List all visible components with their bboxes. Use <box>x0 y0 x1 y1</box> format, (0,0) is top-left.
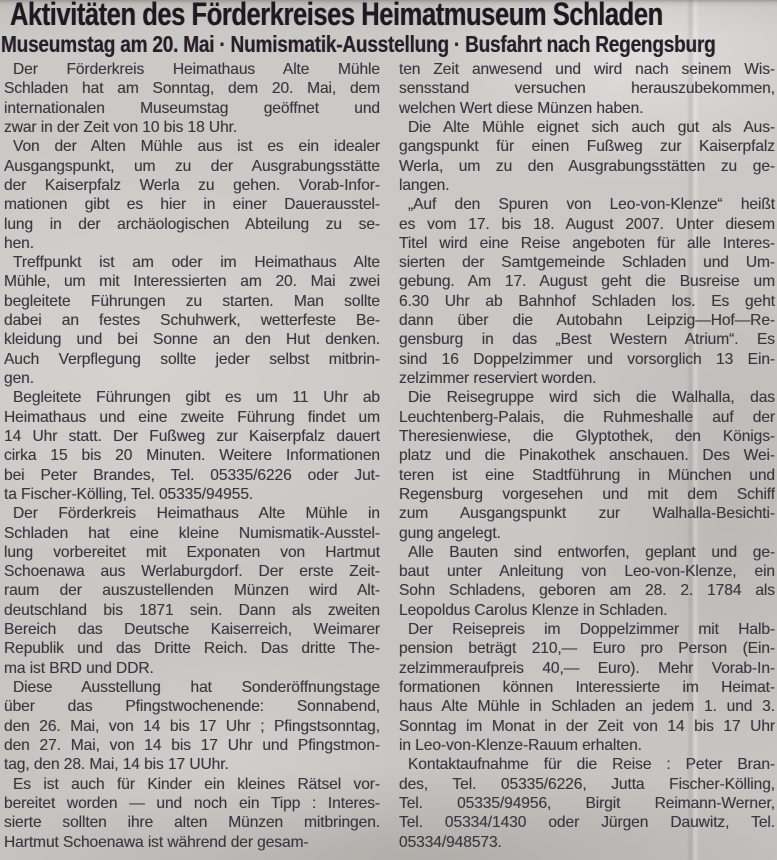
text-line: welchen Wert diese Münzen haben. <box>399 99 775 118</box>
text-line: begleitete Führungen zu starten. Man sol… <box>4 292 380 311</box>
text-line: raum der auszustellenden Münzen wird Alt… <box>4 581 380 600</box>
paragraph: Diese Ausstellung hat Sonderöffnungstage… <box>4 678 380 775</box>
text-line: Leuchtenberg-Palais, die Ruhmeshalle auf… <box>399 408 775 427</box>
text-line: gung angelegt. <box>399 524 775 543</box>
text-line: Kontaktaufnahme für die Reise : Peter Br… <box>399 755 775 774</box>
text-line: Republik und das Dritte Reich. Das dritt… <box>4 639 380 658</box>
text-line: Es ist auch für Kinder ein kleines Rätse… <box>4 775 380 794</box>
text-line: hen. <box>4 234 380 253</box>
text-line: der Kaiserpfalz Werla zu gehen. Vorab-In… <box>4 176 380 195</box>
paragraph: Der Förderkreis Heimathaus Alte MühleSch… <box>4 60 380 137</box>
text-line: Tel. 05335/94956, Birgit Reimann-Werner, <box>399 794 775 813</box>
text-line: Regensburg vorgesehen und mit dem Schiff <box>399 485 775 504</box>
text-line: Ausgangspunkt, um zu der Ausgrabungsstät… <box>4 157 380 176</box>
paragraph: Alle Bauten sind entworfen, geplant und … <box>399 543 775 620</box>
paragraph: Die Alte Mühle eignet sich auch gut als … <box>399 118 775 195</box>
paragraph: Von der Alten Mühle aus ist es ein ideal… <box>4 137 380 253</box>
text-line: dabei an festes Schuhwerk, wetterfeste B… <box>4 311 380 330</box>
text-line: ma ist BRD und DDR. <box>4 659 380 678</box>
text-line: den 26. Mai, von 14 bis 17 Uhr ; Pfingst… <box>4 717 380 736</box>
text-line: tag, den 28. Mai, 14 bis 17 UUhr. <box>4 755 380 774</box>
text-line: bereitet worden — und noch ein Tipp : In… <box>4 794 380 813</box>
text-line: Mühle, um mit Interessierten am 20. Mai … <box>4 272 380 291</box>
text-line: gensburg in das „Best Western Atrium“. E… <box>399 330 775 349</box>
column-right: ten Zeit anwesend und wird nach seinem W… <box>399 60 775 852</box>
text-line: Diese Ausstellung hat Sonderöffnungstage <box>4 678 380 697</box>
text-line: cirka 15 bis 20 Minuten. Weitere Informa… <box>4 446 380 465</box>
paragraph: Es ist auch für Kinder ein kleines Rätse… <box>4 775 380 852</box>
text-line: haus Alte Mühle in Schladen an jedem 1. … <box>399 697 775 716</box>
text-line: ta Fischer-Kölling, Tel. 05335/94955. <box>4 485 380 504</box>
text-line: Sohn Schladens, geboren am 28. 2. 1784 a… <box>399 581 775 600</box>
article-headline: Aktivitäten des Förderkreises Heimatmuse… <box>10 0 663 33</box>
article-subheadline: Museumstag am 20. Mai · Numismatik-Ausst… <box>1 31 716 58</box>
text-line: deutschland bis 1871 sein. Dann als zwei… <box>4 601 380 620</box>
text-line: Der Förderkreis Heimathaus Alte Mühle <box>4 60 380 79</box>
text-line: Werla, um zu den Ausgrabungsstätten zu g… <box>399 157 775 176</box>
text-line: pension beträgt 210,— Euro pro Person (E… <box>399 639 775 658</box>
paragraph: Die Reisegruppe wird sich die Walhalla, … <box>399 388 775 543</box>
text-line: sierte sollten ihre alten Münzen mitbrin… <box>4 813 380 832</box>
text-line: Bereich das Deutsche Kaiserreich, Weimar… <box>4 620 380 639</box>
text-line: lung in der archäologischen Abteilung zu… <box>4 215 380 234</box>
text-line: internationalen Museumstag geöffnet und <box>4 99 380 118</box>
article-body: Der Förderkreis Heimathaus Alte MühleSch… <box>4 60 775 852</box>
text-line: „Auf den Spuren von Leo-von-Klenze“ heiß… <box>399 195 775 214</box>
text-line: platz und die Pinakothek anschauen. Des … <box>399 446 775 465</box>
text-line: ten Zeit anwesend und wird nach seinem W… <box>399 60 775 79</box>
text-line: bei Peter Brandes, Tel. 05335/6226 oder … <box>4 466 380 485</box>
text-line: kleidung und bei Sonne an den Hut denken… <box>4 330 380 349</box>
text-line: sierten der Samtgemeinde Schladen und Um… <box>399 253 775 272</box>
text-line: Die Alte Mühle eignet sich auch gut als … <box>399 118 775 137</box>
newspaper-clipping: Aktivitäten des Förderkreises Heimatmuse… <box>0 0 777 860</box>
paragraph: „Auf den Spuren von Leo-von-Klenze“ heiß… <box>399 195 775 388</box>
text-line: teren ist eine Stadtführung in München u… <box>399 466 775 485</box>
paragraph: Kontaktaufnahme für die Reise : Peter Br… <box>399 755 775 852</box>
text-line: Der Förderkreis Heimathaus Alte Mühle in <box>4 504 380 523</box>
text-line: zum Ausgangspunkt zur Walhalla-Besichti- <box>399 504 775 523</box>
text-line: Heimathaus und eine zweite Führung finde… <box>4 408 380 427</box>
column-left: Der Förderkreis Heimathaus Alte MühleSch… <box>4 60 380 852</box>
text-line: gen. <box>4 369 380 388</box>
text-line: lung vorbereitet mit Exponaten von Hartm… <box>4 543 380 562</box>
text-line: sensstand versuchen herauszubekommen, <box>399 79 775 98</box>
text-line: sind 16 Doppelzimmer und vorsorglich 13 … <box>399 350 775 369</box>
text-line: Treffpunkt ist am oder im Heimathaus Alt… <box>4 253 380 272</box>
text-line: Die Reisegruppe wird sich die Walhalla, … <box>399 388 775 407</box>
text-line: 05334/948573. <box>399 833 775 852</box>
text-line: in Leo-von-Klenze-Rauum erhalten. <box>399 736 775 755</box>
text-line: zwar in der Zeit von 10 bis 18 Uhr. <box>4 118 380 137</box>
text-line: Leopoldus Carolus Klenze in Schladen. <box>399 601 775 620</box>
paragraph: Der Reisepreis im Doppelzimmer mit Halb-… <box>399 620 775 755</box>
text-line: Alle Bauten sind entworfen, geplant und … <box>399 543 775 562</box>
text-line: baut unter Anleitung von Leo-von-Klenze,… <box>399 562 775 581</box>
paragraph: ten Zeit anwesend und wird nach seinem W… <box>399 60 775 118</box>
text-line: langen. <box>399 176 775 195</box>
paragraph: Begleitete Führungen gibt es um 11 Uhr a… <box>4 388 380 504</box>
paragraph: Der Förderkreis Heimathaus Alte Mühle in… <box>4 504 380 678</box>
text-line: dann über die Autobahn Leipzig—Hof—Re- <box>399 311 775 330</box>
text-line: Tel. 05334/1430 oder Jürgen Dauwitz, Tel… <box>399 813 775 832</box>
text-line: Schoenawa aus Werlaburgdorf. Der erste Z… <box>4 562 380 581</box>
text-line: formationen können Interessierte im Heim… <box>399 678 775 697</box>
text-line: zelzimmeraufpreis 40,— Euro). Mehr Vorab… <box>399 659 775 678</box>
text-line: zelzimmer reserviert worden. <box>399 369 775 388</box>
text-line: Sonntag im Monat in der Zeit von 14 bis … <box>399 717 775 736</box>
text-line: gebung. Am 17. August geht die Busreise … <box>399 272 775 291</box>
paragraph: Treffpunkt ist am oder im Heimathaus Alt… <box>4 253 380 388</box>
text-line: 6.30 Uhr ab Bahnhof Schladen los. Es geh… <box>399 292 775 311</box>
text-line: gangspunkt für einen Fußweg zur Kaiserpf… <box>399 137 775 156</box>
text-line: mationen gibt es hier in einer Dauerauss… <box>4 195 380 214</box>
text-line: Begleitete Führungen gibt es um 11 Uhr a… <box>4 388 380 407</box>
text-line: Schladen hat eine kleine Numismatik-Auss… <box>4 524 380 543</box>
text-line: über das Pfingstwochenende: Sonnabend, <box>4 697 380 716</box>
text-line: den 27. Mai, von 14 bis 17 Uhr und Pfing… <box>4 736 380 755</box>
text-line: Theresienwiese, die Glyptothek, den Köni… <box>399 427 775 446</box>
text-line: Von der Alten Mühle aus ist es ein ideal… <box>4 137 380 156</box>
text-line: des, Tel. 05335/6226, Jutta Fischer-Köll… <box>399 775 775 794</box>
text-line: 14 Uhr statt. Der Fußweg zur Kaiserpfalz… <box>4 427 380 446</box>
text-line: Auch Verpflegung sollte jeder selbst mit… <box>4 350 380 369</box>
text-line: Titel wird eine Reise angeboten für alle… <box>399 234 775 253</box>
text-line: Der Reisepreis im Doppelzimmer mit Halb- <box>399 620 775 639</box>
text-line: es vom 17. bis 18. August 2007. Unter di… <box>399 215 775 234</box>
text-line: Schladen hat am Sonntag, dem 20. Mai, de… <box>4 79 380 98</box>
text-line: Hartmut Schoenawa ist während der gesam- <box>4 833 380 852</box>
